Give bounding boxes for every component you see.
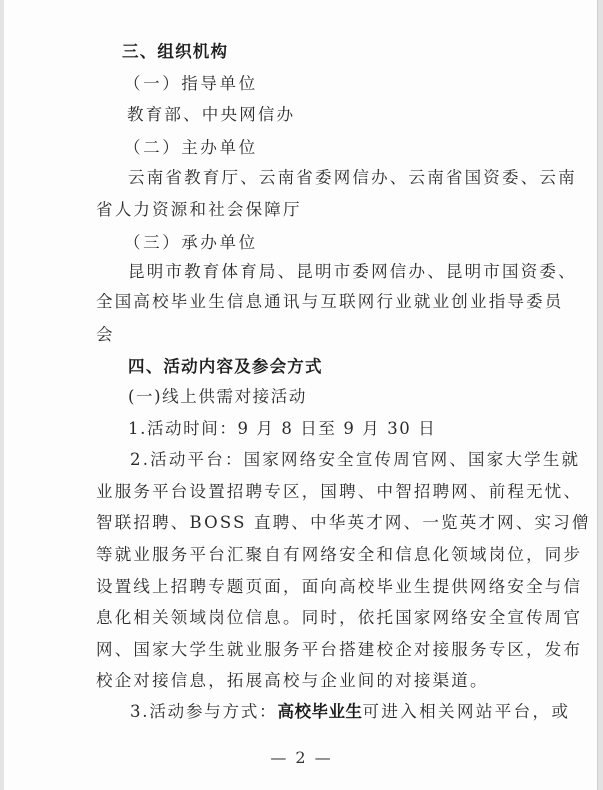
subsection-label-organizer: （三）承办单位 xyxy=(124,233,258,253)
item-platform-line4: 等就业服务平台汇聚自有网络安全和信息化领域岗位，同步 xyxy=(96,545,508,565)
item-platform-line7: 网、国家大学生就业服务平台搭建校企对接服务专区，发布 xyxy=(96,640,508,660)
item-activity-time: 1.活动时间：9 月 8 日至 9 月 30 日 xyxy=(128,419,436,439)
paragraph-host-units-line2: 省人力资源和社会保障厅 xyxy=(96,200,302,220)
paragraph-guidance-units: 教育部、中央网信办 xyxy=(127,105,295,125)
participation-suffix: 可进入相关网站平台，或 xyxy=(362,702,570,721)
item-platform-line5: 设置线上招聘专题页面，面向高校毕业生提供网络安全与信 xyxy=(96,577,508,597)
section-heading-organization: 三、组织机构 xyxy=(122,42,228,62)
item-platform-line8: 校企对接信息，拓展高校与企业间的对接渠道。 xyxy=(96,671,489,691)
paragraph-host-units-line1: 云南省教育厅、云南省委网信办、云南省国资委、云南 xyxy=(128,168,508,188)
document-page: 三、组织机构 （一）指导单位 教育部、中央网信办 （二）主办单位 云南省教育厅、… xyxy=(4,0,599,790)
subsection-label-online: (一)线上供需对接活动 xyxy=(128,387,307,407)
participation-prefix: 3.活动参与方式： xyxy=(130,702,277,721)
subsection-label-guidance: （一）指导单位 xyxy=(124,74,258,94)
page-number: — 2 — xyxy=(4,748,599,767)
item-participation-method: 3.活动参与方式：高校毕业生可进入相关网站平台，或 xyxy=(130,702,570,722)
page-edge-right xyxy=(597,0,603,790)
item-platform-line2: 业服务平台设置招聘专区，国聘、中智招聘网、前程无忧、 xyxy=(96,482,508,502)
paragraph-organizer-line2: 全国高校毕业生信息通讯与互联网行业就业创业指导委员 xyxy=(96,292,508,312)
item-platform-line1: 2.活动平台：国家网络安全宣传周官网、国家大学生就 xyxy=(130,450,510,470)
item-platform-line3: 智联招聘、BOSS 直聘、中华英才网、一览英才网、实习僧 xyxy=(96,513,508,533)
page-edge-left xyxy=(0,0,4,790)
paragraph-organizer-line3: 会 xyxy=(96,325,115,345)
subsection-label-host: （二）主办单位 xyxy=(124,138,258,158)
section-heading-activities: 四、活动内容及参会方式 xyxy=(128,357,323,377)
paragraph-organizer-line1: 昆明市教育体育局、昆明市委网信办、昆明市国资委、 xyxy=(128,262,508,282)
participation-emphasis: 高校毕业生 xyxy=(277,702,362,721)
item-platform-line6: 息化相关领域岗位信息。同时，依托国家网络安全宣传周官 xyxy=(96,608,508,628)
